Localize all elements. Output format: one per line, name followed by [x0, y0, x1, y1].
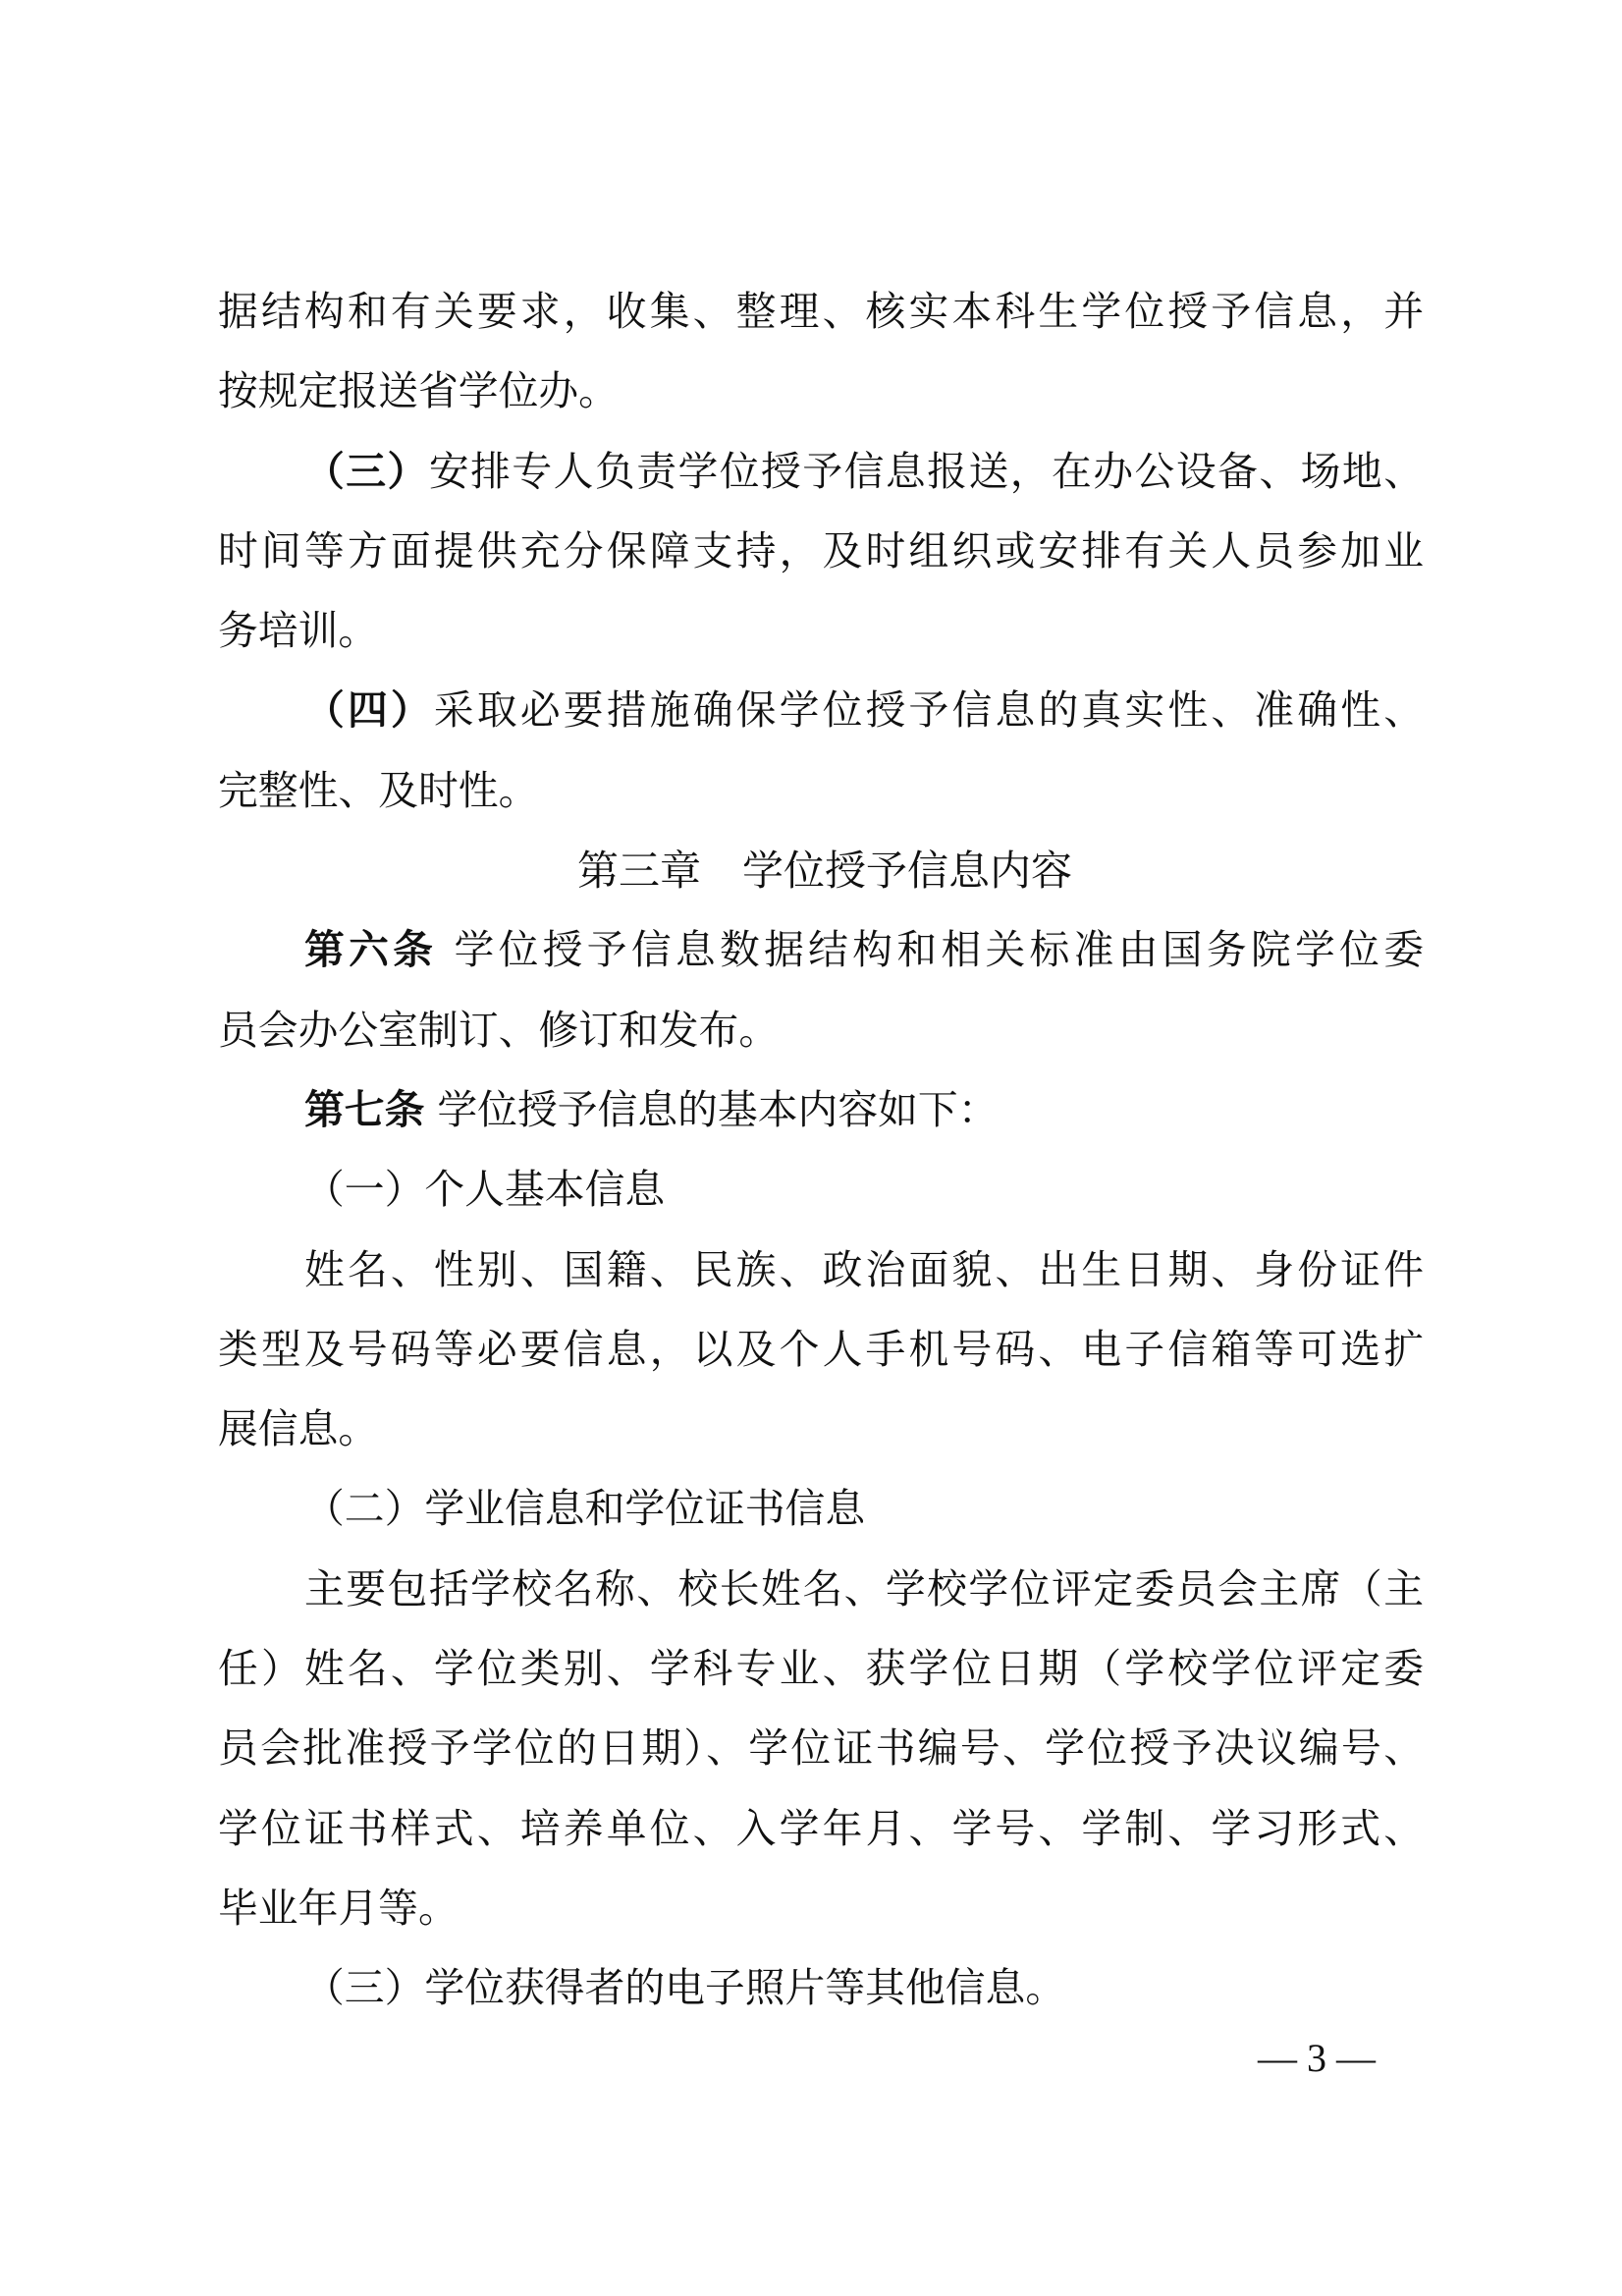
clause-text: 安排专人负责学位授予信息报送，在办公设备、场地、 [429, 448, 1424, 495]
paragraph-line: 展信息。 [218, 1390, 1424, 1469]
paragraph-line: 务培训。 [218, 591, 1424, 671]
section-title: 学业信息和学位证书信息 [424, 1485, 865, 1532]
section-label: （一） [304, 1166, 424, 1213]
section-two-heading: （二）学业信息和学位证书信息 [218, 1469, 1424, 1549]
chapter-heading: 第三章 学位授予信息内容 [218, 831, 1424, 910]
paragraph-line: 主要包括学校名称、校长姓名、学校学位评定委员会主席（主 [218, 1550, 1424, 1629]
section-title: 学位获得者的电子照片等其他信息。 [424, 1964, 1065, 2011]
section-label: （二） [304, 1485, 424, 1532]
article-label: 第六条 [304, 926, 437, 973]
paragraph-line: 按规定报送省学位办。 [218, 352, 1424, 431]
paragraph-line: 任）姓名、学位类别、学科专业、获学位日期（学校学位评定委 [218, 1629, 1424, 1709]
paragraph-line: 毕业年月等。 [218, 1869, 1424, 1948]
article-text: 学位授予信息数据结构和相关标准由国务院学位委 [437, 926, 1424, 973]
paragraph-line: 员会批准授予学位的日期）、学位证书编号、学位授予决议编号、 [218, 1709, 1424, 1788]
paragraph-line: 据结构和有关要求，收集、整理、核实本科生学位授予信息，并 [218, 272, 1424, 352]
paragraph-line: 姓名、性别、国籍、民族、政治面貌、出生日期、身份证件 [218, 1230, 1424, 1310]
article-label: 第七条 [304, 1086, 424, 1133]
document-page: 据结构和有关要求，收集、整理、核实本科生学位授予信息，并 按规定报送省学位办。 … [0, 0, 1622, 2296]
article-text: 学位授予信息的基本内容如下： [424, 1086, 998, 1133]
clause-label: （三） [304, 448, 429, 495]
section-one-heading: （一）个人基本信息 [218, 1150, 1424, 1230]
clause-text: 采取必要措施确保学位授予信息的真实性、准确性、 [434, 686, 1424, 734]
paragraph-line: 时间等方面提供充分保障支持，及时组织或安排有关人员参加业 [218, 512, 1424, 591]
paragraph-line: 类型及号码等必要信息，以及个人手机号码、电子信箱等可选扩 [218, 1310, 1424, 1390]
clause-label: （四） [304, 686, 434, 734]
clause-three-line: （三）安排专人负责学位授予信息报送，在办公设备、场地、 [218, 432, 1424, 512]
page-number: — 3 — [1243, 2037, 1390, 2080]
document-body: 据结构和有关要求，收集、整理、核实本科生学位授予信息，并 按规定报送省学位办。 … [218, 272, 1424, 2029]
paragraph-line: 完整性、及时性。 [218, 751, 1424, 831]
article-six-line: 第六条 学位授予信息数据结构和相关标准由国务院学位委 [218, 910, 1424, 990]
section-title: 个人基本信息 [424, 1166, 665, 1213]
paragraph-line: 员会办公室制订、修订和发布。 [218, 991, 1424, 1070]
section-three-heading: （三）学位获得者的电子照片等其他信息。 [218, 1948, 1424, 2028]
clause-four-line: （四）采取必要措施确保学位授予信息的真实性、准确性、 [218, 671, 1424, 750]
article-seven-line: 第七条 学位授予信息的基本内容如下： [218, 1070, 1424, 1150]
paragraph-line: 学位证书样式、培养单位、入学年月、学号、学制、学习形式、 [218, 1789, 1424, 1869]
section-label: （三） [304, 1964, 424, 2011]
